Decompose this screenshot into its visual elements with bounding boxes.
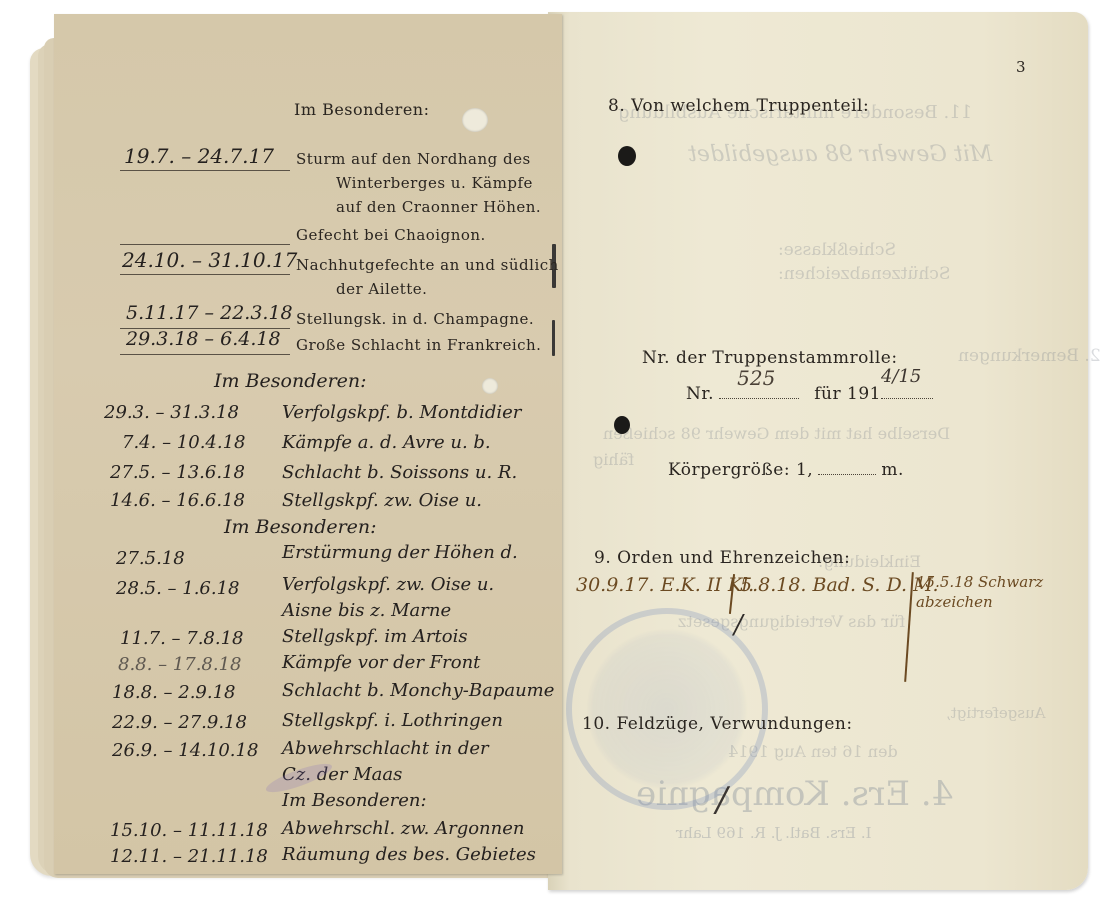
- handwritten-text: Verfolgskpf. b. Montdidier: [282, 402, 521, 423]
- year-value: 4/15: [881, 366, 921, 387]
- staple: [552, 320, 555, 356]
- date-line: 19.7. – 24.7.17: [120, 148, 290, 171]
- punched-hole: [482, 378, 498, 394]
- handwritten-date: 27.5.18: [116, 548, 185, 569]
- handwritten-date: 29.3. – 31.3.18: [104, 402, 239, 423]
- printed-entry-line: der Ailette.: [336, 280, 427, 298]
- handwritten-text: Kämpfe a. d. Avre u. b.: [282, 432, 491, 453]
- handwritten-text: Aisne bis z. Marne: [282, 600, 451, 621]
- handwritten-subheading: Im Besonderen:: [282, 790, 427, 811]
- handwritten-date: 15.10. – 11.11.18: [110, 820, 268, 841]
- bleed-through-ausgefertigt: Ausgefertigt,: [946, 704, 1046, 722]
- handwritten-text: Schlacht b. Monchy-Bapaume: [282, 680, 554, 701]
- punched-hole: [462, 108, 488, 132]
- handwritten-date: 26.9. – 14.10.18: [112, 740, 258, 761]
- bleed-through-text: Derselbe hat mit dem Gewehr 98 schießen: [603, 424, 950, 443]
- bleed-through-battalion: I. Ers. Batl. J. R. 169 Lahr: [676, 824, 872, 842]
- printed-entry-line: Sturm auf den Nordhang des: [296, 150, 531, 168]
- printed-entry-line: Große Schlacht in Frankreich.: [296, 336, 541, 354]
- date-line: [120, 224, 290, 245]
- handwritten-text: Erstürmung der Höhen d.: [282, 542, 518, 563]
- orden-entry-2: 5.8.18. Bad. S. D. M.: [740, 574, 939, 596]
- handwritten-text: Abwehrschl. zw. Argonnen: [282, 818, 524, 839]
- printed-entry-line: auf den Craonner Höhen.: [336, 198, 541, 216]
- left-page-insert: Im Besonderen: 19.7. – 24.7.17 Sturm auf…: [54, 14, 562, 874]
- section-10-label: 10. Feldzüge, Verwundungen:: [582, 714, 853, 734]
- handwritten-text: Stellgskpf. i. Lothringen: [282, 710, 503, 731]
- handwritten-text: Kämpfe vor der Front: [282, 652, 480, 673]
- date-line: 5.11.17 – 22.3.18: [120, 306, 290, 329]
- handwritten-date: 14.6. – 16.6.18: [110, 490, 245, 511]
- printed-entry-line: Stellungsk. in d. Champagne.: [296, 310, 534, 328]
- page-number: 3: [1016, 58, 1026, 76]
- handwritten-date: 8.8. – 17.8.18: [118, 654, 242, 675]
- bleed-through-text: Schützenabzeichen:: [778, 264, 951, 284]
- nr-prefix: Nr.: [686, 384, 714, 404]
- orden-entry-1: 30.9.17. E.K. II Kl.: [576, 574, 754, 596]
- date-line: 24.10. – 31.10.17: [120, 252, 290, 275]
- handwritten-subheading: Im Besonderen:: [214, 370, 367, 392]
- orden-entry-3: 15.5.18 Schwarz abzeichen: [916, 572, 1066, 612]
- nr-field[interactable]: 525: [719, 380, 799, 399]
- printed-entry-date: 5.11.17 – 22.3.18: [126, 302, 293, 324]
- handwritten-text: Stellgskpf. zw. Oise u.: [282, 490, 482, 511]
- handwritten-text: Stellgskpf. im Artois: [282, 626, 468, 647]
- section-8-label: 8. Von welchem Truppenteil:: [608, 96, 869, 116]
- koerpergroesse-label: Körpergröße: 1,: [668, 460, 813, 480]
- bleed-through-text: Schießklasse:: [778, 240, 896, 260]
- handwritten-date: 18.8. – 2.9.18: [112, 682, 236, 703]
- printed-entry-date: 24.10. – 31.10.17: [122, 248, 297, 272]
- bleed-through-text: fähig: [593, 450, 634, 469]
- fuer-label: für 191: [814, 384, 881, 404]
- right-page: 11. Besondere militärische Ausbildung Mi…: [548, 12, 1088, 890]
- handwritten-date: 27.5. – 13.6.18: [110, 462, 245, 483]
- section-9-label: 9. Orden und Ehrenzeichen:: [594, 548, 850, 568]
- printed-entry-line: Winterberges u. Kämpfe: [336, 174, 533, 192]
- koerpergroesse-field[interactable]: [818, 458, 876, 475]
- handwritten-date: 11.7. – 7.8.18: [120, 628, 244, 649]
- feldzuege-value: /: [716, 780, 727, 820]
- handwritten-date: 22.9. – 27.9.18: [112, 712, 247, 733]
- printed-entry-date: 29.3.18 – 6.4.18: [126, 328, 281, 350]
- bleed-through-text: 12. Bemerkungen: [958, 346, 1100, 366]
- stammrolle-number-row: Nr. 525 für 191 4/15: [686, 380, 933, 410]
- handwritten-text: Räumung des bes. Gebietes: [282, 844, 536, 865]
- date-line: 29.3.18 – 6.4.18: [120, 332, 290, 355]
- printed-entry-line: Nachhutgefechte an und südlich: [296, 256, 559, 274]
- koerpergroesse-row: Körpergröße: 1, m.: [668, 458, 904, 480]
- punched-hole: [618, 146, 636, 166]
- printed-entry-line: Gefecht bei Chaoignon.: [296, 226, 486, 244]
- handwritten-date: 28.5. – 1.6.18: [116, 578, 240, 599]
- handwritten-text: Verfolgskpf. zw. Oise u.: [282, 574, 494, 595]
- handwritten-date: 7.4. – 10.4.18: [122, 432, 246, 453]
- punched-hole: [614, 416, 630, 434]
- orden-slash: /: [734, 610, 743, 640]
- bleed-through-handwriting: Mit Gewehr 98 ausgebildet: [688, 142, 992, 167]
- stammrolle-label: Nr. der Truppenstammrolle:: [642, 348, 898, 368]
- handwritten-text: Schlacht b. Soissons u. R.: [282, 462, 517, 483]
- printed-heading: Im Besonderen:: [294, 100, 429, 119]
- koerpergroesse-unit: m.: [881, 460, 904, 480]
- handwritten-subheading: Im Besonderen:: [224, 516, 377, 538]
- printed-entry-date: 19.7. – 24.7.17: [124, 144, 274, 168]
- nr-value: 525: [737, 366, 775, 390]
- year-field[interactable]: 4/15: [881, 380, 933, 399]
- handwritten-date: 12.11. – 21.11.18: [110, 846, 268, 867]
- handwritten-text: Abwehrschlacht in der: [282, 738, 489, 759]
